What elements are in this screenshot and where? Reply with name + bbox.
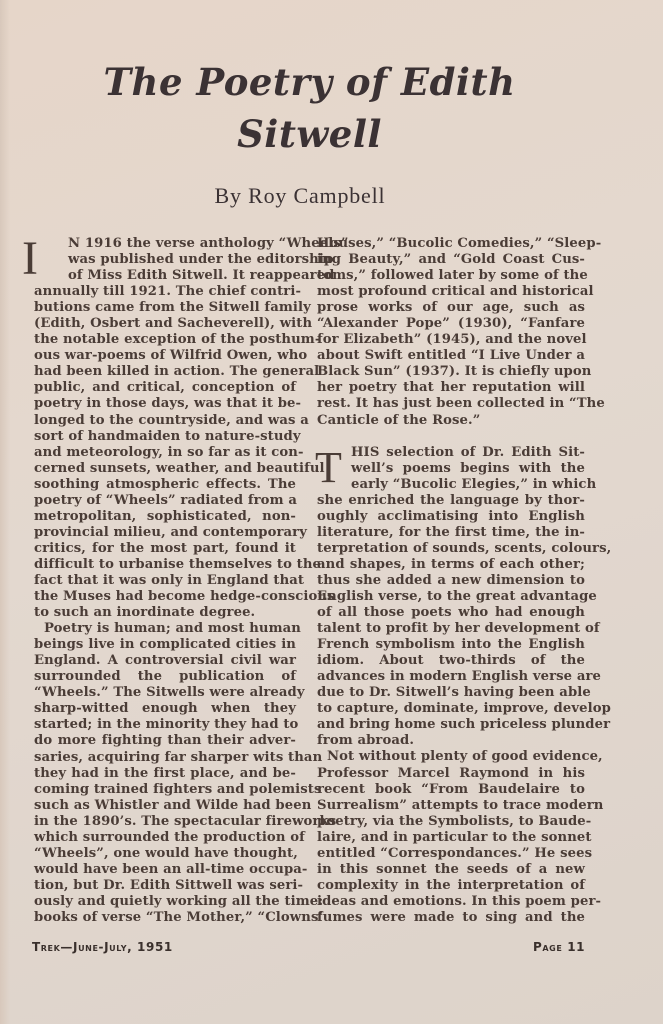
text-line: to capture, dominate, improve, develop xyxy=(317,701,585,717)
text-line: ous war-poems of Wilfrid Owen, who xyxy=(34,348,296,364)
text-line: HIS selection of Dr. Edith Sit- xyxy=(317,445,585,461)
text-line: most profound critical and historical xyxy=(317,284,585,300)
text-line: N 1916 the verse anthology “Wheels” xyxy=(34,236,296,252)
text-line: sort of handmaiden to nature-study xyxy=(34,429,296,445)
text-line: tion, but Dr. Edith Sittwell was seri- xyxy=(34,878,296,894)
text-line: of Miss Edith Sitwell. It reappeared xyxy=(34,268,296,284)
text-line: Poetry is human; and most human xyxy=(34,621,296,637)
right-paragraph-2: HIS selection of Dr. Edith Sit-well’s po… xyxy=(317,445,585,750)
text-line: Houses,” “Bucolic Comedies,” “Sleep- xyxy=(317,236,585,252)
text-line: longed to the countryside, and was a xyxy=(34,413,296,429)
text-line: and shapes, in terms of each other; xyxy=(317,557,585,573)
text-line: such as Whistler and Wilde had been xyxy=(34,798,296,814)
text-line: books of verse “The Mother,” “Clowns’ xyxy=(34,910,296,926)
text-line: in the 1890’s. The spectacular fireworks xyxy=(34,814,296,830)
drop-cap-i: I xyxy=(22,239,38,279)
text-line: fumes were made to sing and the xyxy=(317,910,585,926)
text-line: had been killed in action. The general xyxy=(34,364,296,380)
right-paragraph-3: Not without plenty of good evidence,Prof… xyxy=(317,749,585,926)
left-column-text: N 1916 the verse anthology “Wheels”was p… xyxy=(34,236,296,926)
footer-publication: Trek—June-July, 1951 xyxy=(32,940,173,954)
text-line: coming trained fighters and polemists xyxy=(34,782,296,798)
text-line: do more fighting than their adver- xyxy=(34,733,296,749)
text-line: poetry of “Wheels” radiated from a xyxy=(34,493,296,509)
text-line: French symbolism into the English xyxy=(317,637,585,653)
text-line: literature, for the first time, the in- xyxy=(317,525,585,541)
text-line: ing Beauty,” and “Gold Coast Cus- xyxy=(317,252,585,268)
text-line: soothing atmospheric effects. The xyxy=(34,477,296,493)
text-line: talent to profit by her development of xyxy=(317,621,585,637)
text-line: in this sonnet the seeds of a new xyxy=(317,862,585,878)
text-line: fact that it was only in England that xyxy=(34,573,296,589)
text-line: “Wheels.” The Sitwells were already xyxy=(34,685,296,701)
text-line: ideas and emotions. In this poem per- xyxy=(317,894,585,910)
text-line: (Edith, Osbert and Sacheverell), with xyxy=(34,316,296,332)
right-paragraph-2-wrapper: T HIS selection of Dr. Edith Sit-well’s … xyxy=(317,445,585,750)
text-line: ously and quietly working all the time: xyxy=(34,894,296,910)
text-line: and bring home such priceless plunder xyxy=(317,717,585,733)
text-line: Black Sun” (1937). It is chiefly upon xyxy=(317,364,585,380)
text-line: Not without plenty of good evidence, xyxy=(317,749,585,765)
text-line: entitled “Correspondances.” He sees xyxy=(317,846,585,862)
text-line: complexity in the interpretation of xyxy=(317,878,585,894)
article-title-line2: Sitwell xyxy=(0,112,641,156)
text-line: poetry in those days, was that it be- xyxy=(34,396,296,412)
text-line: toms,” followed later by some of the xyxy=(317,268,585,284)
text-line: terpretation of sounds, scents, colours, xyxy=(317,541,585,557)
text-line: English verse, to the great advantage xyxy=(317,589,585,605)
text-line: would have been an all-time occupa- xyxy=(34,862,296,878)
footer-page-number: Page 11 xyxy=(533,940,585,954)
text-line: was published under the editorship xyxy=(34,252,296,268)
text-line: Canticle of the Rose.” xyxy=(317,413,585,429)
right-paragraph-1: Houses,” “Bucolic Comedies,” “Sleep-ing … xyxy=(317,236,585,429)
text-line: idiom. About two-thirds of the xyxy=(317,653,585,669)
text-line: early “Bucolic Elegies,” in which xyxy=(317,477,585,493)
drop-cap-t: T xyxy=(315,448,342,488)
text-line: Professor Marcel Raymond in his xyxy=(317,766,585,782)
text-line: to such an inordinate degree. xyxy=(34,605,296,621)
text-line: of all those poets who had enough xyxy=(317,605,585,621)
text-line: metropolitan, sophisticated, non- xyxy=(34,509,296,525)
text-line: and meteorology, in so far as it con- xyxy=(34,445,296,461)
text-line: butions came from the Sitwell family xyxy=(34,300,296,316)
article-title-line1: The Poetry of Edith xyxy=(0,60,641,104)
text-line: “Alexander Pope” (1930), “Fanfare xyxy=(317,316,585,332)
text-line: well’s poems begins with the xyxy=(317,461,585,477)
text-line: they had in the first place, and be- xyxy=(34,766,296,782)
text-line: public, and critical, conception of xyxy=(34,380,296,396)
text-line: provincial milieu, and contemporary xyxy=(34,525,296,541)
text-line: sharp-witted enough when they xyxy=(34,701,296,717)
text-line: about Swift entitled “I Live Under a xyxy=(317,348,585,364)
text-line: annually till 1921. The chief contri- xyxy=(34,284,296,300)
section-gap xyxy=(317,429,585,445)
article-byline: By Roy Campbell xyxy=(0,183,600,209)
text-line: laire, and in particular to the sonnet xyxy=(317,830,585,846)
right-column: Houses,” “Bucolic Comedies,” “Sleep-ing … xyxy=(317,236,585,926)
text-line: the notable exception of the posthum- xyxy=(34,332,296,348)
text-line: her poetry that her reputation will xyxy=(317,380,585,396)
text-line: for Elizabeth” (1945), and the novel xyxy=(317,332,585,348)
text-line: England. A controversial civil war xyxy=(34,653,296,669)
text-line: cerned sunsets, weather, and beautiful xyxy=(34,461,296,477)
text-line: poetry, via the Symbolists, to Baude- xyxy=(317,814,585,830)
text-line: thus she added a new dimension to xyxy=(317,573,585,589)
text-line: Surrealism” attempts to trace modern xyxy=(317,798,585,814)
text-line: beings live in complicated cities in xyxy=(34,637,296,653)
text-line: prose works of our age, such as xyxy=(317,300,585,316)
text-line: surrounded the publication of xyxy=(34,669,296,685)
text-line: which surrounded the production of xyxy=(34,830,296,846)
text-line: rest. It has just been collected in “The xyxy=(317,396,585,412)
text-line: difficult to urbanise themselves to the xyxy=(34,557,296,573)
text-line: due to Dr. Sitwell’s having been able xyxy=(317,685,585,701)
text-line: started; in the minority they had to xyxy=(34,717,296,733)
text-line: “Wheels”, one would have thought, xyxy=(34,846,296,862)
text-line: recent book “From Baudelaire to xyxy=(317,782,585,798)
text-line: advances in modern English verse are xyxy=(317,669,585,685)
text-line: critics, for the most part, found it xyxy=(34,541,296,557)
text-line: oughly acclimatising into English xyxy=(317,509,585,525)
text-line: saries, acquiring far sharper wits than xyxy=(34,750,296,766)
magazine-page: The Poetry of Edith Sitwell By Roy Campb… xyxy=(0,0,663,1024)
left-column: I N 1916 the verse anthology “Wheels”was… xyxy=(34,236,296,926)
text-line: she enriched the language by thor- xyxy=(317,493,585,509)
text-line: from abroad. xyxy=(317,733,585,749)
text-line: the Muses had become hedge-conscious xyxy=(34,589,296,605)
